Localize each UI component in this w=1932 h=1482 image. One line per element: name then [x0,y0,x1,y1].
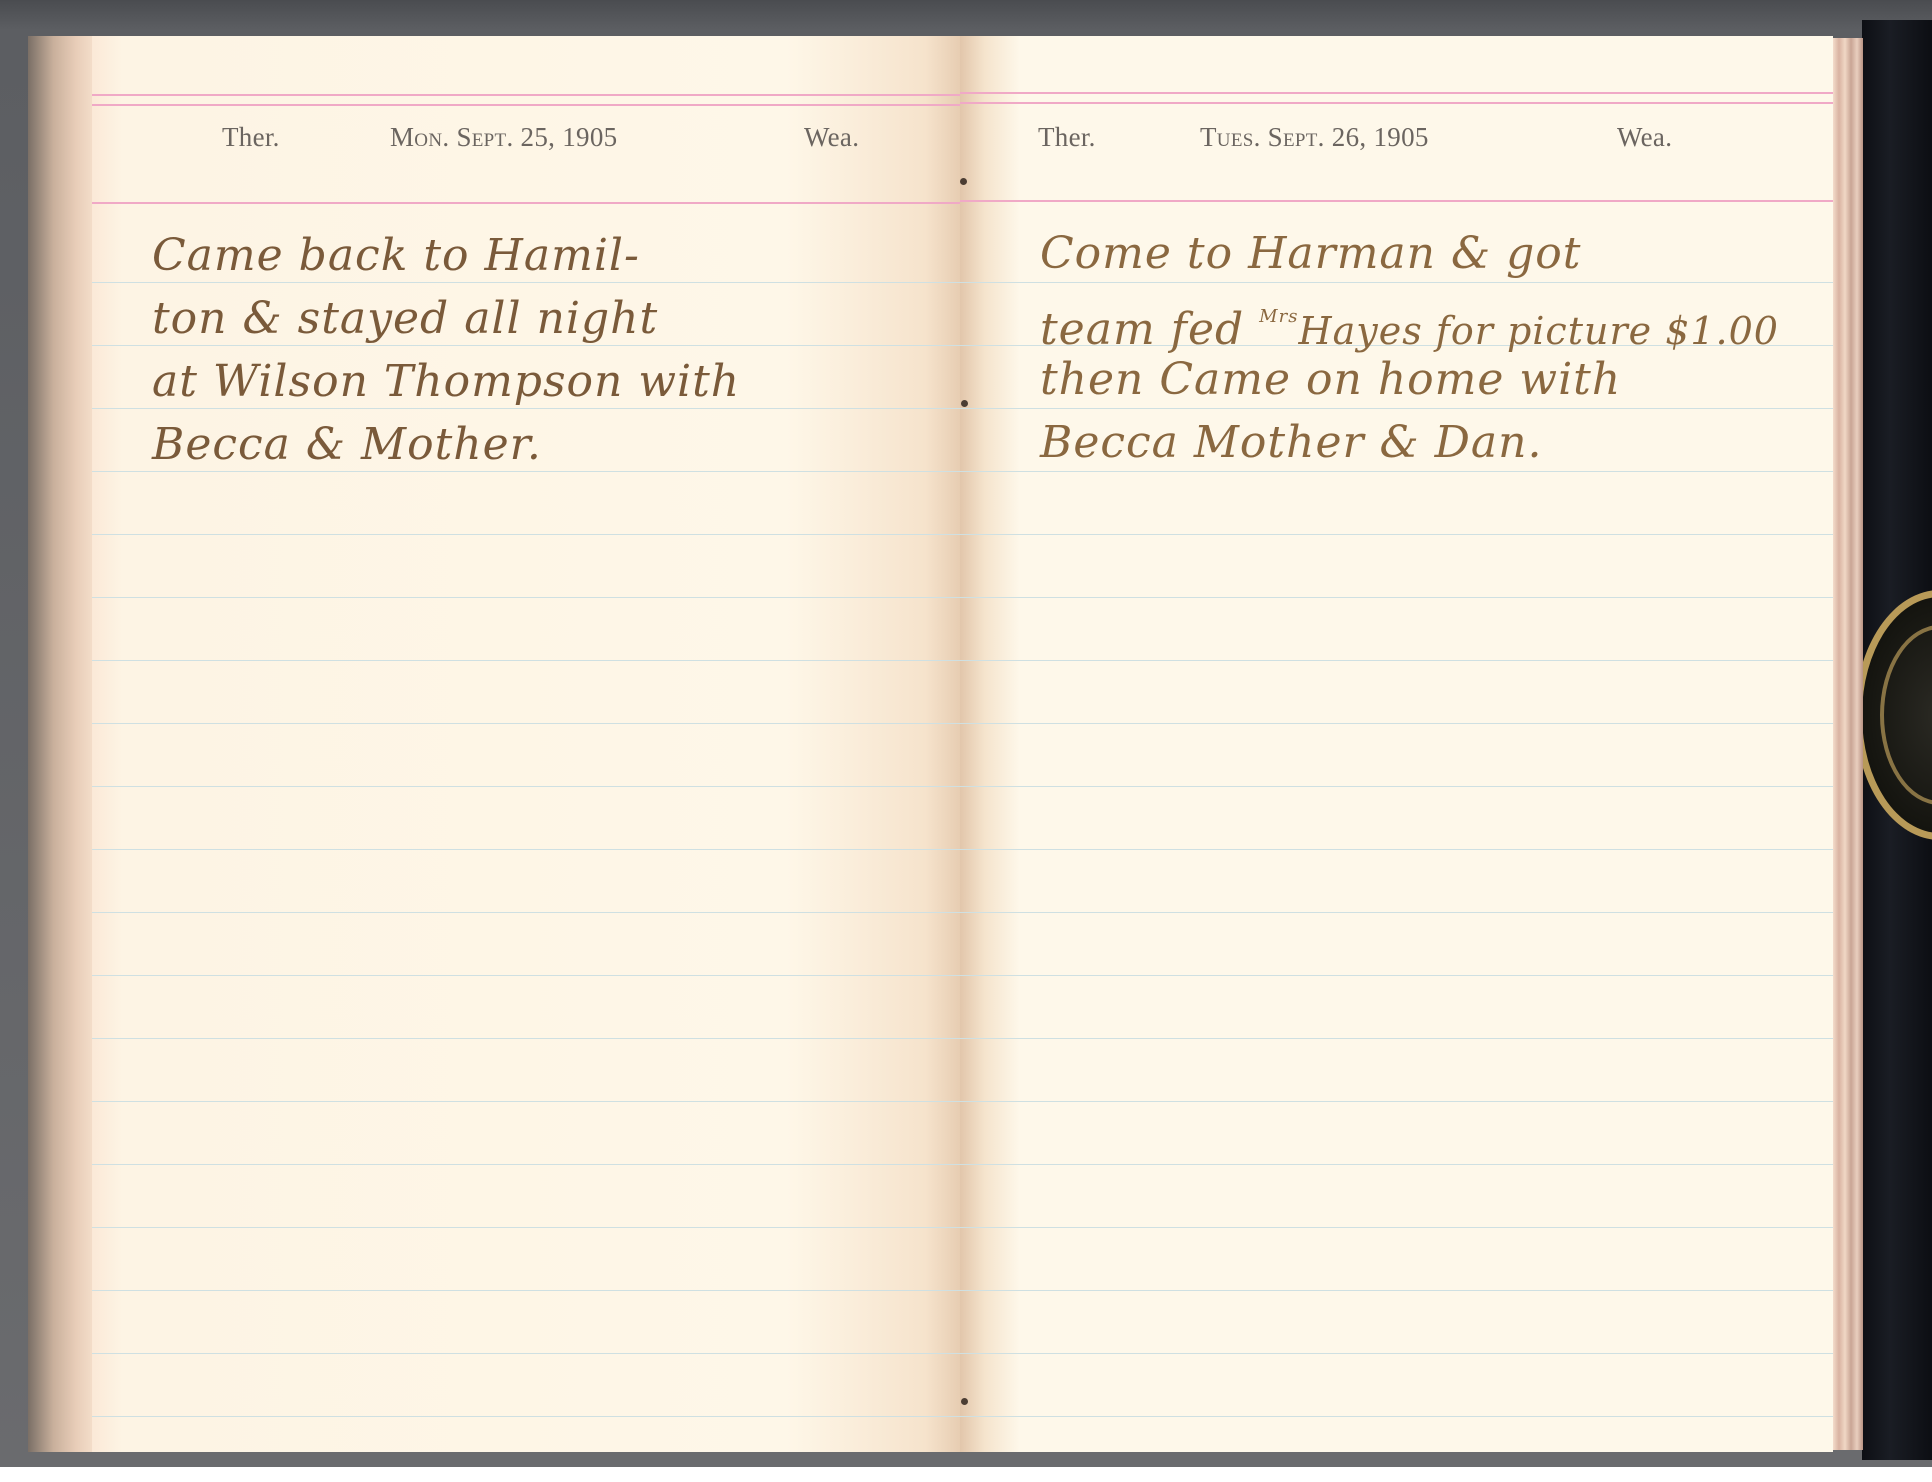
diary-entry: Came back to Hamil- ton & stayed all nig… [152,224,740,476]
header-rule [960,200,1833,202]
thermometer-label: Ther. [1038,122,1096,153]
entry-line: then Came on home with [1040,348,1779,411]
entry-line: Becca & Mother. [152,413,740,476]
header-rule [92,202,960,204]
top-rule [92,104,960,106]
spine-stitch [960,178,967,185]
spine-stitch [961,400,968,407]
entry-line: team fed MrsHayes for picture $1.00 [1040,285,1779,348]
weather-label: Wea. [804,122,859,153]
top-rule [960,102,1833,104]
entry-superscript: Mrs [1259,306,1298,327]
right-page: Ther. Tues. Sept. 26, 1905 Wea. Come to … [960,36,1833,1452]
top-rule [960,92,1833,94]
page-header: Ther. Tues. Sept. 26, 1905 Wea. [960,122,1833,162]
page-date: Mon. Sept. 25, 1905 [390,122,617,153]
entry-line: Come to Harman & got [1040,222,1779,285]
entry-line: ton & stayed all night [152,287,740,350]
left-page: Ther. Mon. Sept. 25, 1905 Wea. Came back… [92,36,960,1452]
entry-line: Becca Mother & Dan. [1040,411,1779,474]
page-date: Tues. Sept. 26, 1905 [1200,122,1429,153]
entry-line: Came back to Hamil- [152,224,740,287]
page-header: Ther. Mon. Sept. 25, 1905 Wea. [92,122,960,162]
spine-stitch [961,1398,968,1405]
page-edges-left [28,36,92,1452]
page-edges-right [1833,38,1863,1450]
weather-label: Wea. [1617,122,1672,153]
diary-entry: Come to Harman & got team fed MrsHayes f… [1040,222,1779,474]
thermometer-label: Ther. [222,122,280,153]
top-rule [92,94,960,96]
entry-line: at Wilson Thompson with [152,350,740,413]
